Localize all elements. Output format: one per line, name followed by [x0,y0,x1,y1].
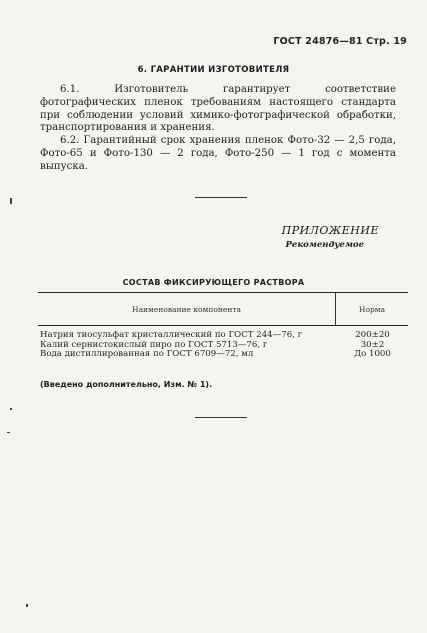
table-body: Натрия тиосульфат кристаллический по ГОС… [38,326,408,360]
paragraph-6-2: 6.2. Гарантийный срок хранения пленок Фо… [40,135,396,173]
section-title: 6. ГАРАНТИИ ИЗГОТОВИТЕЛЯ [0,65,427,75]
cell-component: Вода дистиллированная по ГОСТ 6709—72, м… [38,350,337,360]
paragraph-number: 6.2. [60,135,79,146]
table-row: Вода дистиллированная по ГОСТ 6709—72, м… [38,350,408,360]
scan-mark [10,408,12,410]
end-divider [195,417,247,418]
column-header-norm: Норма [335,293,408,325]
column-header-norm-label: Норма [359,305,385,314]
appendix-title: ПРИЛОЖЕНИЕ [282,224,379,237]
scan-mark [26,604,28,607]
cell-norm: До 1000 [337,350,408,360]
document-page: ГОСТ 24876—81 Стр. 19 6. ГАРАНТИИ ИЗГОТО… [0,0,427,633]
composition-table: Наименование компонента Норма Натрия тио… [38,292,408,360]
page-header-standard: ГОСТ 24876—81 Стр. 19 [273,36,407,47]
scan-mark [10,198,12,204]
paragraph-text: Гарантийный срок хранения пленок Фото-32… [40,135,396,172]
section-divider [195,197,247,198]
column-header-component: Наименование компонента [38,305,335,314]
table-title: СОСТАВ ФИКСИРУЮЩЕГО РАСТВОРА [0,278,427,287]
scan-mark [7,432,10,433]
paragraph-6-1: 6.1. Изготовитель гарантирует соответств… [40,84,396,135]
paragraph-number: 6.1. [60,84,79,95]
paragraph-text: Изготовитель гарантирует соответствие фо… [40,84,396,133]
table-header-row: Наименование компонента Норма [38,293,408,325]
appendix-subtitle: Рекомендуемое [286,240,364,250]
amendment-note: (Введено дополнительно, Изм. № 1). [40,380,212,389]
